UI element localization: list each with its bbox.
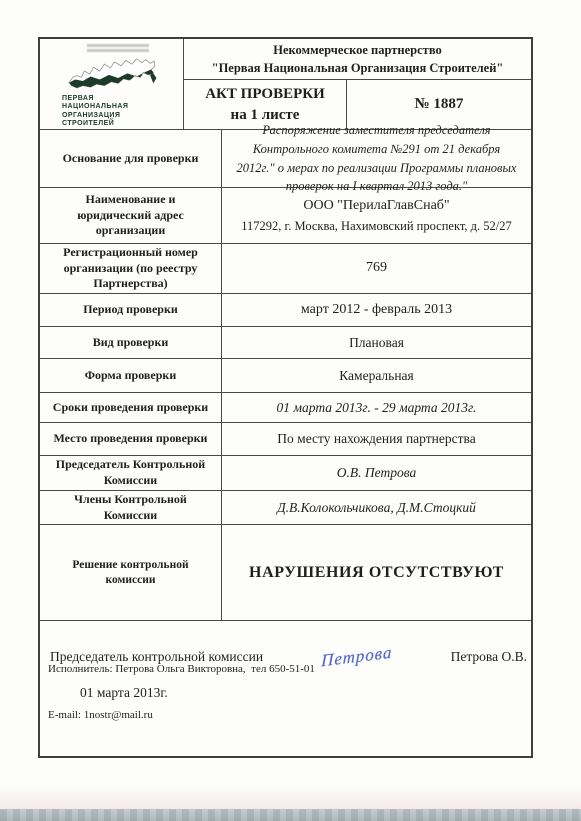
table-row-chairman: Председатель Контрольной Комиссии О.В. П… <box>40 455 531 490</box>
row-label: Решение контрольной комиссии <box>40 525 222 620</box>
row-value: 01 марта 2013г. - 29 марта 2013г. <box>222 393 531 422</box>
row-value-text: Д.В.Колокольчикова, Д.М.Стоцкий <box>277 498 476 518</box>
russia-map-logo-icon <box>55 55 169 98</box>
act-table: ПЕРВАЯ НАЦИОНАЛЬНАЯ ОРГАНИЗАЦИЯ СТРОИТЕЛ… <box>38 37 533 758</box>
logo-fine-print <box>87 44 149 54</box>
row-label: Форма проверки <box>40 359 222 392</box>
executor-info: Исполнитель: Петрова Ольга Викторовна, т… <box>48 631 315 754</box>
table-row-members: Члены Контрольной Комиссии Д.В.Колокольч… <box>40 490 531 524</box>
header-right: Некоммерческое партнерство "Первая Нацио… <box>184 39 531 129</box>
org-name: "Первая Национальная Организация Строите… <box>212 59 504 77</box>
org-type: Некоммерческое партнерство <box>273 41 441 59</box>
row-label: Сроки проведения проверки <box>40 393 222 422</box>
logo-caption: ПЕРВАЯ НАЦИОНАЛЬНАЯ ОРГАНИЗАЦИЯ СТРОИТЕЛ… <box>62 95 128 129</box>
row-value: ООО "ПерилаГлавСнаб" 117292, г. Москва, … <box>222 188 531 243</box>
doc-number: № 1887 <box>415 96 464 113</box>
row-value: Камеральная <box>222 359 531 392</box>
row-label: Вид проверки <box>40 327 222 358</box>
row-value: Плановая <box>222 327 531 358</box>
decision-text: НАРУШЕНИЯ ОТСУТСТВУЮТ <box>249 561 504 584</box>
row-value-text: О.В. Петрова <box>337 463 416 483</box>
row-label: Наименование и юридический адрес организ… <box>40 188 222 243</box>
row-value-text: март 2012 - февраль 2013 <box>301 300 452 320</box>
row-value: Д.В.Колокольчикова, Д.М.Стоцкий <box>222 491 531 524</box>
email-line: E-mail: 1nostr@mail.ru <box>48 708 315 723</box>
row-value: О.В. Петрова <box>222 456 531 490</box>
logo-cell: ПЕРВАЯ НАЦИОНАЛЬНАЯ ОРГАНИЗАЦИЯ СТРОИТЕЛ… <box>40 39 184 129</box>
fine-print-line <box>87 44 149 47</box>
chairman-name: Петрова О.В. <box>451 649 531 665</box>
table-row-form: Форма проверки Камеральная <box>40 358 531 392</box>
table-row-type: Вид проверки Плановая <box>40 326 531 358</box>
organization-name-cell: Некоммерческое партнерство "Первая Нацио… <box>184 39 531 80</box>
org-title: ООО "ПерилаГлавСнаб" <box>303 196 449 216</box>
executor-line: Исполнитель: Петрова Ольга Викторовна, т… <box>48 662 315 677</box>
table-row-reg-number: Регистрационный номер организации (по ре… <box>40 243 531 293</box>
row-value-text: Распоряжение заместителя председателя Ко… <box>234 121 519 196</box>
table-row-dates: Сроки проведения проверки 01 марта 2013г… <box>40 392 531 422</box>
table-row-period: Период проверки март 2012 - февраль 2013 <box>40 293 531 326</box>
row-value-text: 769 <box>366 258 387 278</box>
row-value: По месту нахождения партнерства <box>222 423 531 455</box>
row-value-text: Камеральная <box>339 366 414 386</box>
scan-artifact-gray-band <box>0 809 581 821</box>
logo-caption-line: ПЕРВАЯ <box>62 95 128 104</box>
table-row-place: Место проведения проверки По месту нахож… <box>40 422 531 455</box>
org-address: 117292, г. Москва, Нахимовский проспект,… <box>241 217 511 235</box>
row-value-text: По месту нахождения партнерства <box>277 429 475 449</box>
scan-artifact-pink <box>0 784 581 810</box>
doc-title: АКТ ПРОВЕРКИ <box>205 84 325 104</box>
logo-caption-line: СТРОИТЕЛЕЙ <box>62 120 128 129</box>
row-value: 769 <box>222 244 531 293</box>
scanned-document-page: ПЕРВАЯ НАЦИОНАЛЬНАЯ ОРГАНИЗАЦИЯ СТРОИТЕЛ… <box>0 0 581 821</box>
row-label: Председатель Контрольной Комиссии <box>40 456 222 490</box>
decision-value: НАРУШЕНИЯ ОТСУТСТВУЮТ <box>222 525 531 620</box>
table-row-organization: Наименование и юридический адрес организ… <box>40 187 531 243</box>
table-header: ПЕРВАЯ НАЦИОНАЛЬНАЯ ОРГАНИЗАЦИЯ СТРОИТЕЛ… <box>40 39 531 129</box>
row-value: Распоряжение заместителя председателя Ко… <box>222 130 531 187</box>
handwritten-signature: Петрова <box>321 643 392 672</box>
row-label: Место проведения проверки <box>40 423 222 455</box>
row-value-text: Плановая <box>349 333 404 353</box>
row-label: Члены Контрольной Комиссии <box>40 491 222 524</box>
row-value-text: 01 марта 2013г. - 29 марта 2013г. <box>277 398 477 418</box>
table-row-decision: Решение контрольной комиссии НАРУШЕНИЯ О… <box>40 524 531 620</box>
signature-block: Председатель контрольной комиссии Петров… <box>40 620 531 756</box>
row-value: март 2012 - февраль 2013 <box>222 294 531 326</box>
table-row-basis: Основание для проверки Распоряжение заме… <box>40 129 531 187</box>
fine-print-line <box>87 49 149 52</box>
row-label: Регистрационный номер организации (по ре… <box>40 244 222 293</box>
logo-caption-line: НАЦИОНАЛЬНАЯ <box>62 103 128 112</box>
row-label: Основание для проверки <box>40 130 222 187</box>
row-label: Период проверки <box>40 294 222 326</box>
